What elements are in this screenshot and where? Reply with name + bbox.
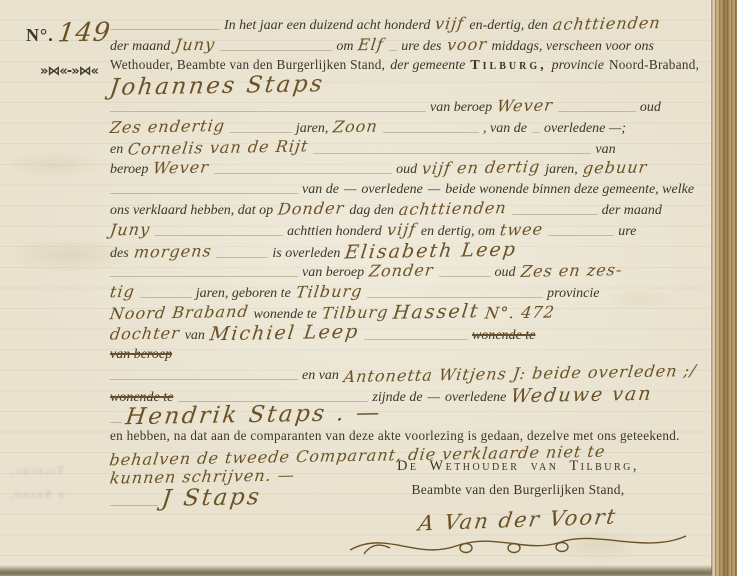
- official-subtitle: Beambte van den Burgerlijken Stand,: [343, 482, 693, 498]
- blank-rule: [110, 98, 426, 112]
- declarant1-occupation-line: van beroepWeveroud: [110, 96, 722, 117]
- handwritten-text: J Staps: [161, 487, 263, 509]
- printed-text: jaren,: [296, 121, 329, 136]
- printed-text: oud: [396, 162, 417, 177]
- declarant2-details-line: beroepWeveroudvijf en dertigjaren,gebuur: [110, 158, 722, 179]
- printed-text: van: [595, 142, 615, 157]
- printed-text: —: [344, 182, 356, 197]
- official-signature: A Van der Voort: [417, 505, 619, 536]
- handwritten-text: vijf en dertig: [421, 157, 542, 180]
- page-bottom-edge: [0, 565, 712, 576]
- printed-text: der gemeente: [390, 58, 465, 73]
- handwritten-text: Hasselt: [392, 302, 481, 324]
- closing-line: en hebben, na dat aan de comparanten van…: [110, 426, 722, 447]
- printed-text: overledene: [361, 182, 422, 197]
- death-date-line: Junyachttien honderdvijfen dertig, omtwe…: [110, 220, 722, 241]
- blank-rule: [512, 201, 598, 215]
- blank-rule: [230, 119, 292, 133]
- printed-text: overledene: [445, 390, 506, 405]
- month-hour-line: der maandJunyomElfure desvoormiddags, ve…: [110, 35, 722, 56]
- blank-rule: [383, 119, 479, 133]
- blank-rule: [367, 284, 543, 298]
- act-number-value: 149: [56, 18, 112, 49]
- printed-text: om: [336, 39, 353, 54]
- printed-text: jaren,: [545, 162, 578, 177]
- handwritten-text: Zonder: [368, 261, 435, 283]
- declarant1-age-line: Zes endertigjaren,Zoon, van deoverledene…: [110, 117, 722, 138]
- printed-text: van: [185, 328, 205, 343]
- printed-text: en-dertig, den: [469, 18, 548, 33]
- bleedthrough-ghost-text: Tilburg, n Stand,: [8, 458, 64, 506]
- handwritten-text: Weduwe van: [510, 383, 654, 406]
- blank-rule: [364, 326, 468, 340]
- handwritten-text: Cornelis van de Rijt: [127, 136, 310, 160]
- handwritten-text: Johannes Staps: [108, 74, 325, 98]
- handwritten-text: Wever: [152, 158, 210, 180]
- printed-text: Noord-Braband,: [609, 57, 699, 72]
- declaration-line: ons verklaard hebben, dat opDonderdag de…: [110, 199, 722, 220]
- handwritten-text: twee: [499, 220, 545, 241]
- handwritten-text: achttienden: [398, 198, 508, 220]
- ghost-line: Tilburg,: [8, 458, 64, 482]
- blank-rule: [439, 263, 491, 277]
- printed-text: en van: [302, 368, 339, 383]
- printed-text: van de: [302, 182, 339, 197]
- handwritten-text: Juny: [109, 220, 152, 241]
- blank-rule: [216, 244, 268, 258]
- printed-text: —: [428, 390, 440, 405]
- printed-text: ure des: [401, 39, 441, 54]
- handwritten-text: Donder: [277, 199, 346, 221]
- printed-text: ons verklaard hebben, dat op: [110, 203, 273, 218]
- printed-text: middags, verscheen voor ons: [491, 39, 654, 54]
- mother-line: en vanAntonetta Witjens J: beide overled…: [110, 364, 722, 385]
- declarant1-name-line: Johannes Staps: [110, 76, 722, 97]
- printed-text: dag den: [349, 203, 394, 218]
- act-body: In het jaar een duizend acht honderdvijf…: [110, 14, 722, 508]
- blank-rule: [532, 119, 540, 133]
- handwritten-text: Hendrik Staps . —: [124, 403, 383, 428]
- page-edge-binding: [710, 0, 737, 576]
- act-number-label: N°.: [26, 25, 54, 45]
- printed-text: provincie: [547, 286, 599, 301]
- blank-rule: [220, 37, 332, 51]
- blank-rule: [214, 160, 392, 174]
- blank-rule: [110, 263, 298, 277]
- handwritten-text: voor: [445, 34, 488, 55]
- printed-text: van beroep: [430, 100, 492, 115]
- handwritten-text: tig: [109, 282, 136, 303]
- printed-text: overledene —;: [544, 121, 626, 136]
- deceased-residence-line: Noord Brabandwonende teTilburgHasseltN°.…: [110, 302, 722, 323]
- printed-text: Wethouder, Beambte van den Burgerlijken …: [110, 57, 385, 72]
- handwritten-text: Michiel Leep: [208, 322, 360, 345]
- struck-text: wonende te: [472, 328, 535, 343]
- struck-text: wonende te: [110, 390, 173, 405]
- printed-text: achttien honderd: [287, 224, 382, 239]
- handwritten-text: Wever: [496, 96, 554, 118]
- blank-rule: [110, 16, 220, 30]
- death-certificate-page: N°.149 »⋈«-»⋈« In het jaar een duizend a…: [0, 0, 737, 576]
- declarant2-name-line: enCornelis van de Rijtvan: [110, 138, 722, 159]
- printed-text: wonende te: [254, 307, 317, 322]
- printed-text: oud: [640, 100, 661, 115]
- printed-text: der maand: [110, 39, 170, 54]
- printed-text: en hebben, na dat aan de comparanten van…: [110, 428, 680, 443]
- printed-text: oud: [495, 265, 516, 280]
- handwritten-text: achttienden: [552, 13, 662, 35]
- blank-rule: [140, 284, 192, 298]
- deceased-age-birthplace-line: tigjaren, geboren teTilburgprovincie: [110, 282, 722, 303]
- printed-text: en dertig, om: [421, 224, 495, 239]
- widower-name-line: Hendrik Staps . —: [110, 405, 722, 426]
- blank-rule: [110, 366, 298, 380]
- official-title: De Wethouder van Tilburg,: [343, 458, 693, 475]
- handwritten-text: Zes endertig: [109, 116, 227, 139]
- blank-rule: [548, 222, 614, 236]
- printed-text: beroep: [110, 162, 148, 177]
- death-time-name-line: desmorgensis overledenElisabeth Leep: [110, 241, 722, 262]
- residence-line: van de—overledene—beide wonende binnen d…: [110, 179, 722, 200]
- deceased-occupation-line: van beroepZonderoudZes en zes-: [110, 261, 722, 282]
- blank-rule: [110, 492, 158, 506]
- handwritten-text: Elf: [357, 34, 385, 55]
- printed-text: van beroep: [302, 265, 364, 280]
- blank-rule: [558, 98, 636, 112]
- blank-rule: [110, 409, 122, 423]
- father-line: dochtervanMichiel Leepwonende te: [110, 323, 722, 344]
- blank-rule: [155, 222, 283, 236]
- printed-text: is overleden: [272, 246, 340, 261]
- knot-ornament-icon: »⋈«-»⋈«: [40, 64, 110, 79]
- official-signature-block: De Wethouder van Tilburg, Beambte van de…: [343, 458, 693, 558]
- printed-text: ure: [618, 224, 636, 239]
- struck-text: van beroep: [110, 347, 172, 362]
- handwritten-text: vijf: [386, 220, 418, 241]
- printed-text: In het jaar een duizend acht honderd: [224, 18, 430, 33]
- blank-rule: [389, 37, 397, 51]
- handwritten-text: Zes en zes-: [519, 260, 623, 282]
- ghost-line: n Stand,: [8, 482, 64, 506]
- printed-text: en: [110, 142, 123, 157]
- printed-text: Tilburg,: [470, 58, 546, 73]
- handwritten-text: Zoon: [332, 117, 379, 138]
- handwritten-text: morgens: [132, 241, 212, 263]
- handwritten-text: dochter: [109, 323, 181, 345]
- printed-text: beide wonende binnen deze gemeente, welk…: [445, 182, 694, 197]
- printed-text: —: [428, 182, 440, 197]
- handwritten-text: Juny: [174, 34, 217, 55]
- printed-text: , van de: [483, 121, 527, 136]
- handwritten-text: vijf: [434, 14, 466, 35]
- handwritten-text: N°. 472: [483, 303, 555, 325]
- blank-rule: [110, 180, 298, 194]
- struck-occupation-line: van beroep: [110, 344, 722, 365]
- handwritten-text: Noord Braband: [109, 302, 250, 325]
- handwritten-text: Elisabeth Leep: [344, 239, 519, 263]
- handwritten-text: gebuur: [581, 158, 648, 180]
- printed-text: des: [110, 246, 129, 261]
- year-date-line: In het jaar een duizend acht honderdvijf…: [110, 14, 722, 35]
- act-number-block: N°.149 »⋈«-»⋈«: [26, 18, 110, 79]
- printed-text: provincie: [552, 58, 604, 73]
- printed-text: jaren, geboren te: [196, 286, 291, 301]
- printed-text: der maand: [602, 203, 662, 218]
- blank-rule: [313, 140, 591, 154]
- handwritten-text: Tilburg: [294, 281, 363, 303]
